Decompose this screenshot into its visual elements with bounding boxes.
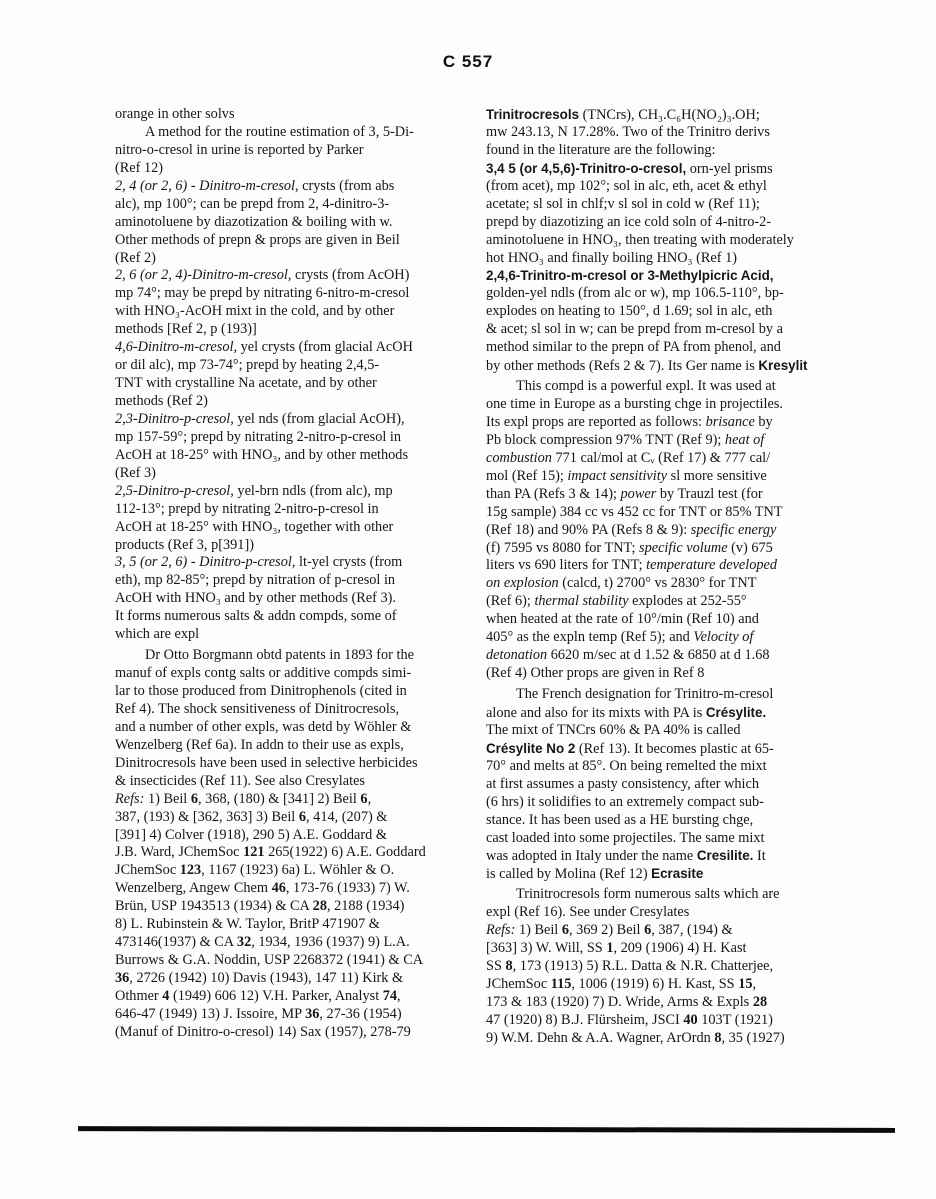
text-run: 28 [753,994,767,1010]
text-line: manuf of expls contg salts or additive c… [115,665,467,683]
text-line: lar to those produced from Dinitrophenol… [115,683,467,701]
text-run: (v) 675 [728,540,773,556]
text-run: cast loaded into some projectiles. The s… [486,830,764,846]
text-run: stance. It has been used as a HE burstin… [486,812,753,828]
text-run: (Ref 3) [115,465,156,481]
text-line: (Ref 12) [115,160,467,178]
text-run: 28 [313,898,327,914]
text-line: on explosion (calcd, t) 2700° vs 2830° f… [486,575,858,593]
text-run: alone and also for its mixts with PA is [486,705,706,721]
text-line: & insecticides (Ref 11). See also Cresyl… [115,773,467,791]
text-line: Its expl props are reported as follows: … [486,414,858,432]
page-header: C 557 [0,52,936,72]
text-run: , [753,976,757,992]
text-run: 112-13°; prepd by nitrating 2-nitro-p-cr… [115,501,379,517]
text-run: (Ref 6); [486,593,534,609]
text-run: [363] 3) W. Will, SS [486,940,606,956]
text-line: 387, (193) & [362, 363] 3) Beil 6, 414, … [115,809,467,827]
text-line: 646-47 (1949) 13) J. Issoire, MP 36, 27-… [115,1006,467,1024]
text-line: which are expl [115,626,467,644]
text-line: (from acet), mp 102°; sol in alc, eth, a… [486,178,858,196]
text-line: prepd by diazotizing an ice cold soln of… [486,214,858,232]
text-run: mp 157-59°; prepd by nitrating 2-nitro-p… [115,429,401,445]
text-run: Ecrasite [651,866,703,881]
text-line: Dr Otto Borgmann obtd patents in 1893 fo… [115,647,467,665]
text-run: (Ref 4) Other props are given in Ref 8 [486,665,704,681]
text-line: combustion 771 cal/mol at Cᵥ (Ref 17) & … [486,450,858,468]
text-line: Refs: 1) Beil 6, 369 2) Beil 6, 387, (19… [486,922,858,940]
text-line: 2,3-Dinitro-p-cresol, yel nds (from glac… [115,411,467,429]
text-run: Refs: [486,922,515,938]
text-run: , 1006 (1919) 6) H. Kast, SS [571,976,738,992]
text-line: liters vs 690 liters for TNT; temperatur… [486,557,858,575]
text-line: 47 (1920) 8) B.J. Flürsheim, JSCI 40 103… [486,1012,858,1030]
text-run: This compd is a powerful expl. It was us… [516,378,776,394]
text-run: , [368,791,372,807]
text-line: 173 & 183 (1920) 7) D. Wride, Arms & Exp… [486,994,858,1012]
text-run: 8 [505,958,512,974]
bottom-rule [78,1126,895,1133]
text-run: 103T (1921) [698,1012,773,1028]
text-line: found in the literature are the followin… [486,142,858,160]
text-run: Dinitrocresols have been used in selecti… [115,755,418,771]
text-run: 771 cal/mol at Cᵥ (Ref 17) & 777 cal/ [552,450,770,466]
text-line: [363] 3) W. Will, SS 1, 209 (1906) 4) H.… [486,940,858,958]
text-run: one time in Europe as a bursting chge in… [486,396,783,412]
text-run: 6 [360,791,367,807]
text-run: (calcd, t) 2700° vs 2830° for TNT [559,575,757,591]
text-run: (f) 7595 vs 8080 for TNT; [486,540,639,556]
text-line: with HNO₃-AcOH mixt in the cold, and by … [115,303,467,321]
text-line: 3,4 5 (or 4,5,6)-Trinitro-o-cresol, orn-… [486,160,858,178]
text-line: Trinitrocresols form numerous salts whic… [486,886,858,904]
text-run: AcOH with HNO₃ and by other methods (Ref… [115,590,396,606]
text-run: Crésylite No 2 [486,741,575,756]
text-line: The mixt of TNCrs 60% & PA 40% is called [486,722,858,740]
text-run: Crésylite. [706,705,766,720]
text-run: Cresilite. [697,848,754,863]
text-line: cast loaded into some projectiles. The s… [486,830,858,848]
document-page: C 557 orange in other solvsA method for … [0,0,936,1199]
text-line: Burrows & G.A. Noddin, USP 2268372 (1941… [115,952,467,970]
text-run: It forms numerous salts & addn compds, s… [115,608,397,624]
text-line: Wenzelberg, Angew Chem 46, 173-76 (1933)… [115,880,467,898]
text-run: AcOH at 18-25° with HNO₃, and by other m… [115,447,408,463]
text-run: 15 [738,976,752,992]
text-line: Brün, USP 1943513 (1934) & CA 28, 2188 (… [115,898,467,916]
text-run: Burrows & G.A. Noddin, USP 2268372 (1941… [115,952,423,968]
text-run: (1949) 606 12) V.H. Parker, Analyst [169,988,382,1004]
text-run: is called by Molina (Ref 12) [486,866,651,882]
text-run: temperature developed [646,557,777,573]
text-run: 2, 4 (or 2, 6) - Dinitro-m-cresol, [115,178,299,194]
text-line: is called by Molina (Ref 12) Ecrasite [486,865,858,883]
text-line: 8) L. Rubinstein & W. Taylor, BritP 4719… [115,916,467,934]
text-line: (f) 7595 vs 8080 for TNT; specific volum… [486,540,858,558]
text-run: 4,6-Dinitro-m-cresol, [115,339,237,355]
text-run: Othmer [115,988,162,1004]
text-line: This compd is a powerful expl. It was us… [486,378,858,396]
text-line: Trinitrocresols (TNCrs), CH₃.C₆H(NO₂)₃.O… [486,106,858,124]
text-line: aminotoluene in HNO₃, then treating with… [486,232,858,250]
text-line: & acet; sl sol in w; can be prepd from m… [486,321,858,339]
text-run: brisance [706,414,755,430]
text-line: (Ref 18) and 90% PA (Refs 8 & 9): specif… [486,522,858,540]
text-run: It [753,848,765,864]
text-run: or dil alc), mp 73-74°; prepd by heating… [115,357,379,373]
text-run: 9) W.M. Dehn & A.A. Wagner, ArOrdn [486,1030,714,1046]
text-run: sl more sensitive [667,468,767,484]
text-run: 123 [180,862,201,878]
text-line: aminotoluene by diazotization & boiling … [115,214,467,232]
text-run: impact sensitivity [567,468,667,484]
text-run: orn-yel prisms [686,161,773,177]
text-run: nitro-o-cresol in urine is reported by P… [115,142,364,158]
text-line: [391] 4) Colver (1918), 290 5) A.E. Godd… [115,827,467,845]
text-run: by Trauzl test (for [656,486,762,502]
text-line: 15g sample) 384 cc vs 452 cc for TNT or … [486,504,858,522]
text-run: 36 [305,1006,319,1022]
text-line: 70° and melts at 85°. On being remelted … [486,758,858,776]
text-run: Trinitrocresols [486,107,579,122]
text-line: was adopted in Italy under the name Cres… [486,847,858,865]
text-line: 2,4,6-Trinitro-m-cresol or 3-Methylpicri… [486,267,858,285]
text-run: , 27-36 (1954) [319,1006,401,1022]
text-run: JChemSoc [115,862,180,878]
text-run: combustion [486,450,552,466]
text-run: , 1167 (1923) 6a) L. Wöhler & O. [201,862,394,878]
text-run: Pb block compression 97% TNT (Ref 9); [486,432,725,448]
text-run: prepd by diazotizing an ice cold soln of… [486,214,771,230]
text-line: 2,5-Dinitro-p-cresol, yel-brn ndls (from… [115,483,467,501]
text-line: (Ref 2) [115,250,467,268]
text-line: golden-yel ndls (from alc or w), mp 106.… [486,285,858,303]
text-line: (6 hrs) it solidifies to an extremely co… [486,794,858,812]
text-line: mw 243.13, N 17.28%. Two of the Trinitro… [486,124,858,142]
text-run: than PA (Refs 3 & 14); [486,486,621,502]
text-line: mp 74°; may be prepd by nitrating 6-nitr… [115,285,467,303]
text-run: heat of [725,432,764,448]
text-run: , 173-76 (1933) 7) W. [286,880,410,896]
text-run: 6 [191,791,198,807]
text-run: (Manuf of Dinitro-o-cresol) 14) Sax (195… [115,1024,411,1040]
text-run: crysts (from AcOH) [291,267,409,283]
text-run: 121 [243,844,264,860]
text-line: by other methods (Refs 2 & 7). Its Ger n… [486,357,858,375]
text-run: 32 [237,934,251,950]
text-line: at first assumes a pasty consistency, af… [486,776,858,794]
text-run: power [621,486,657,502]
text-run: 6 [299,809,306,825]
text-run: found in the literature are the followin… [486,142,715,158]
text-run: 36 [115,970,129,986]
text-run: products (Ref 3, p[391]) [115,537,254,553]
text-run: yel nds (from glacial AcOH), [234,411,405,427]
text-run: orange in other solvs [115,106,235,122]
text-run: , 35 (1927) [722,1030,785,1046]
text-run: , 2726 (1942) 10) Davis (1943), 147 11) … [129,970,403,986]
text-run: at first assumes a pasty consistency, af… [486,776,759,792]
text-line: Pb block compression 97% TNT (Ref 9); he… [486,432,858,450]
text-run: (TNCrs), CH₃.C₆H(NO₂)₃.OH; [579,107,760,123]
text-line: mol (Ref 15); impact sensitivity sl more… [486,468,858,486]
text-line: and a number of other expls, was detd by… [115,719,467,737]
text-run: Dr Otto Borgmann obtd patents in 1893 fo… [145,647,414,663]
text-line: products (Ref 3, p[391]) [115,537,467,555]
text-run: 8) L. Rubinstein & W. Taylor, BritP 4719… [115,916,380,932]
text-run: , 1934, 1936 (1937) 9) L.A. [251,934,409,950]
text-line: alone and also for its mixts with PA is … [486,704,858,722]
text-run: A method for the routine estimation of 3… [145,124,414,140]
text-run: (Ref 2) [115,250,156,266]
text-run: 473146(1937) & CA [115,934,237,950]
text-run: 115 [551,976,572,992]
text-run: , 414, (207) & [306,809,387,825]
text-line: Dinitrocresols have been used in selecti… [115,755,467,773]
text-run: Kresylit [758,358,807,373]
text-run: mol (Ref 15); [486,468,567,484]
text-line: AcOH at 18-25° with HNO₃, together with … [115,519,467,537]
text-run: , 368, (180) & [341] 2) Beil [198,791,360,807]
text-run: (Ref 18) and 90% PA (Refs 8 & 9): [486,522,691,538]
text-run: (Ref 12) [115,160,163,176]
text-run: , 209 (1906) 4) H. Kast [613,940,746,956]
text-line: 112-13°; prepd by nitrating 2-nitro-p-cr… [115,501,467,519]
text-run: Wenzelberg (Ref 6a). In addn to their us… [115,737,404,753]
text-run: specific volume [639,540,728,556]
text-line: 36, 2726 (1942) 10) Davis (1943), 147 11… [115,970,467,988]
text-run: lar to those produced from Dinitrophenol… [115,683,407,699]
text-line: stance. It has been used as a HE burstin… [486,812,858,830]
text-run: 3,4 5 (or 4,5,6)-Trinitro-o-cresol, [486,161,686,176]
text-run: 2,4,6-Trinitro-m-cresol or 3-Methylpicri… [486,268,773,283]
text-run: on explosion [486,575,559,591]
text-run: Ref 4). The shock sensitiveness of Dinit… [115,701,399,717]
text-run: mp 74°; may be prepd by nitrating 6-nitr… [115,285,409,301]
text-run: method similar to the prepn of PA from p… [486,339,781,355]
right-column: Trinitrocresols (TNCrs), CH₃.C₆H(NO₂)₃.O… [486,106,858,1048]
text-run: which are expl [115,626,199,642]
text-run: TNT with crystalline Na acetate, and by … [115,375,377,391]
text-run: The French designation for Trinitro-m-cr… [516,686,773,702]
text-run: (Ref 13). It becomes plastic at 65- [575,741,774,757]
text-line: Ref 4). The shock sensitiveness of Dinit… [115,701,467,719]
text-line: (Ref 3) [115,465,467,483]
text-run: by other methods (Refs 2 & 7). Its Ger n… [486,358,758,374]
text-line: when heated at the rate of 10°/min (Ref … [486,611,858,629]
text-line: JChemSoc 123, 1167 (1923) 6a) L. Wöhler … [115,862,467,880]
text-line: orange in other solvs [115,106,467,124]
text-line: method similar to the prepn of PA from p… [486,339,858,357]
text-line: 2, 6 (or 2, 4)-Dinitro-m-cresol, crysts … [115,267,467,285]
text-line: AcOH at 18-25° with HNO₃, and by other m… [115,447,467,465]
text-line: It forms numerous salts & addn compds, s… [115,608,467,626]
text-line: methods [Ref 2, p (193)] [115,321,467,339]
text-line: one time in Europe as a bursting chge in… [486,396,858,414]
text-run: explodes on heating to 150°, d 1.69; sol… [486,303,772,319]
text-run: Wenzelberg, Angew Chem [115,880,272,896]
text-line: hot HNO₃ and finally boiling HNO₃ (Ref 1… [486,250,858,268]
text-line: or dil alc), mp 73-74°; prepd by heating… [115,357,467,375]
text-run: 2,5-Dinitro-p-cresol, [115,483,234,499]
text-run: 15g sample) 384 cc vs 452 cc for TNT or … [486,504,783,520]
text-run: manuf of expls contg salts or additive c… [115,665,411,681]
text-line: nitro-o-cresol in urine is reported by P… [115,142,467,160]
text-run: JChemSoc [486,976,551,992]
text-run: The mixt of TNCrs 60% & PA 40% is called [486,722,741,738]
text-run: eth), mp 82-85°; prepd by nitration of p… [115,572,395,588]
text-run: when heated at the rate of 10°/min (Ref … [486,611,759,627]
text-line: 473146(1937) & CA 32, 1934, 1936 (1937) … [115,934,467,952]
text-line: explodes on heating to 150°, d 1.69; sol… [486,303,858,321]
text-line: 405° as the expln temp (Ref 5); and Velo… [486,629,858,647]
text-run: with HNO₃-AcOH mixt in the cold, and by … [115,303,394,319]
text-line: Othmer 4 (1949) 606 12) V.H. Parker, Ana… [115,988,467,1006]
text-run: 46 [272,880,286,896]
text-run: yel crysts (from glacial AcOH [237,339,413,355]
text-run: 1) Beil [515,922,561,938]
text-run: Refs: [115,791,144,807]
text-line: detonation 6620 m/sec at d 1.52 & 6850 a… [486,647,858,665]
text-run: thermal stability [534,593,628,609]
text-run: was adopted in Italy under the name [486,848,697,864]
text-line: eth), mp 82-85°; prepd by nitration of p… [115,572,467,590]
text-run: 70° and melts at 85°. On being remelted … [486,758,767,774]
text-run: (6 hrs) it solidifies to an extremely co… [486,794,764,810]
text-run: , 387, (194) & [651,922,732,938]
text-run: alc), mp 100°; can be prepd from 2, 4-di… [115,196,389,212]
text-run: expl (Ref 16). See under Cresylates [486,904,689,920]
text-run: & insecticides (Ref 11). See also Cresyl… [115,773,365,789]
text-run: hot HNO₃ and finally boiling HNO₃ (Ref 1… [486,250,737,266]
text-run: 173 & 183 (1920) 7) D. Wride, Arms & Exp… [486,994,753,1010]
text-run: , 369 2) Beil [569,922,644,938]
text-run: J.B. Ward, JChemSoc [115,844,243,860]
text-line: Other methods of prepn & props are given… [115,232,467,250]
text-line: (Ref 6); thermal stability explodes at 2… [486,593,858,611]
text-line: (Ref 4) Other props are given in Ref 8 [486,665,858,683]
text-run: Velocity of [693,629,753,645]
text-run: methods (Ref 2) [115,393,208,409]
text-run: 8 [714,1030,721,1046]
text-run: 387, (193) & [362, 363] 3) Beil [115,809,299,825]
text-run: 265(1922) 6) A.E. Goddard [265,844,426,860]
left-column: orange in other solvsA method for the ro… [115,106,467,1042]
text-line: 9) W.M. Dehn & A.A. Wagner, ArOrdn 8, 35… [486,1030,858,1048]
text-line: Wenzelberg (Ref 6a). In addn to their us… [115,737,467,755]
text-run: Trinitrocresols form numerous salts whic… [516,886,780,902]
text-line: expl (Ref 16). See under Cresylates [486,904,858,922]
text-run: 6 [562,922,569,938]
text-run: detonation [486,647,547,663]
text-line: acetate; sl sol in chlf;v sl sol in cold… [486,196,858,214]
text-run: Other methods of prepn & props are given… [115,232,400,248]
text-line: (Manuf of Dinitro-o-cresol) 14) Sax (195… [115,1024,467,1042]
text-run: , 173 (1913) 5) R.L. Datta & N.R. Chatte… [513,958,773,974]
text-run: 6620 m/sec at d 1.52 & 6850 at d 1.68 [547,647,769,663]
text-run: explodes at 252-55° [629,593,747,609]
text-run: 74 [383,988,397,1004]
text-run: 3, 5 (or 2, 6) - Dinitro-p-cresol, [115,554,295,570]
text-line: TNT with crystalline Na acetate, and by … [115,375,467,393]
text-line: 4,6-Dinitro-m-cresol, yel crysts (from g… [115,339,467,357]
text-run: 2,3-Dinitro-p-cresol, [115,411,234,427]
text-run: methods [Ref 2, p (193)] [115,321,257,337]
text-run: 405° as the expln temp (Ref 5); and [486,629,693,645]
text-run: , [397,988,401,1004]
text-line: Refs: 1) Beil 6, 368, (180) & [341] 2) B… [115,791,467,809]
text-line: 3, 5 (or 2, 6) - Dinitro-p-cresol, lt-ye… [115,554,467,572]
text-run: 47 (1920) 8) B.J. Flürsheim, JSCI [486,1012,683,1028]
text-run: and a number of other expls, was detd by… [115,719,411,735]
text-line: mp 157-59°; prepd by nitrating 2-nitro-p… [115,429,467,447]
text-run: aminotoluene by diazotization & boiling … [115,214,392,230]
text-run: SS [486,958,505,974]
text-run: yel-brn ndls (from alc), mp [234,483,393,499]
text-run: (from acet), mp 102°; sol in alc, eth, a… [486,178,767,194]
text-line: methods (Ref 2) [115,393,467,411]
text-run: AcOH at 18-25° with HNO₃, together with … [115,519,393,535]
text-run: & acet; sl sol in w; can be prepd from m… [486,321,783,337]
text-run: golden-yel ndls (from alc or w), mp 106.… [486,285,784,301]
text-run: 1) Beil [144,791,190,807]
text-run: specific energy [691,522,777,538]
text-run: liters vs 690 liters for TNT; [486,557,646,573]
text-run: 2, 6 (or 2, 4)-Dinitro-m-cresol, [115,267,291,283]
text-run: Brün, USP 1943513 (1934) & CA [115,898,313,914]
text-run: by [755,414,773,430]
text-line: SS 8, 173 (1913) 5) R.L. Datta & N.R. Ch… [486,958,858,976]
text-run: 646-47 (1949) 13) J. Issoire, MP [115,1006,305,1022]
text-run: 40 [683,1012,697,1028]
text-line: AcOH with HNO₃ and by other methods (Ref… [115,590,467,608]
text-run: , 2188 (1934) [327,898,404,914]
text-run: lt-yel crysts (from [295,554,402,570]
text-line: alc), mp 100°; can be prepd from 2, 4-di… [115,196,467,214]
text-run: acetate; sl sol in chlf;v sl sol in cold… [486,196,760,212]
text-line: Crésylite No 2 (Ref 13). It becomes plas… [486,740,858,758]
text-line: The French designation for Trinitro-m-cr… [486,686,858,704]
text-line: JChemSoc 115, 1006 (1919) 6) H. Kast, SS… [486,976,858,994]
text-run: [391] 4) Colver (1918), 290 5) A.E. Godd… [115,827,387,843]
text-line: 2, 4 (or 2, 6) - Dinitro-m-cresol, cryst… [115,178,467,196]
text-run: mw 243.13, N 17.28%. Two of the Trinitro… [486,124,770,140]
text-run: aminotoluene in HNO₃, then treating with… [486,232,794,248]
text-line: A method for the routine estimation of 3… [115,124,467,142]
text-line: than PA (Refs 3 & 14); power by Trauzl t… [486,486,858,504]
text-run: crysts (from abs [299,178,395,194]
text-line: J.B. Ward, JChemSoc 121 265(1922) 6) A.E… [115,844,467,862]
text-run: Its expl props are reported as follows: [486,414,706,430]
